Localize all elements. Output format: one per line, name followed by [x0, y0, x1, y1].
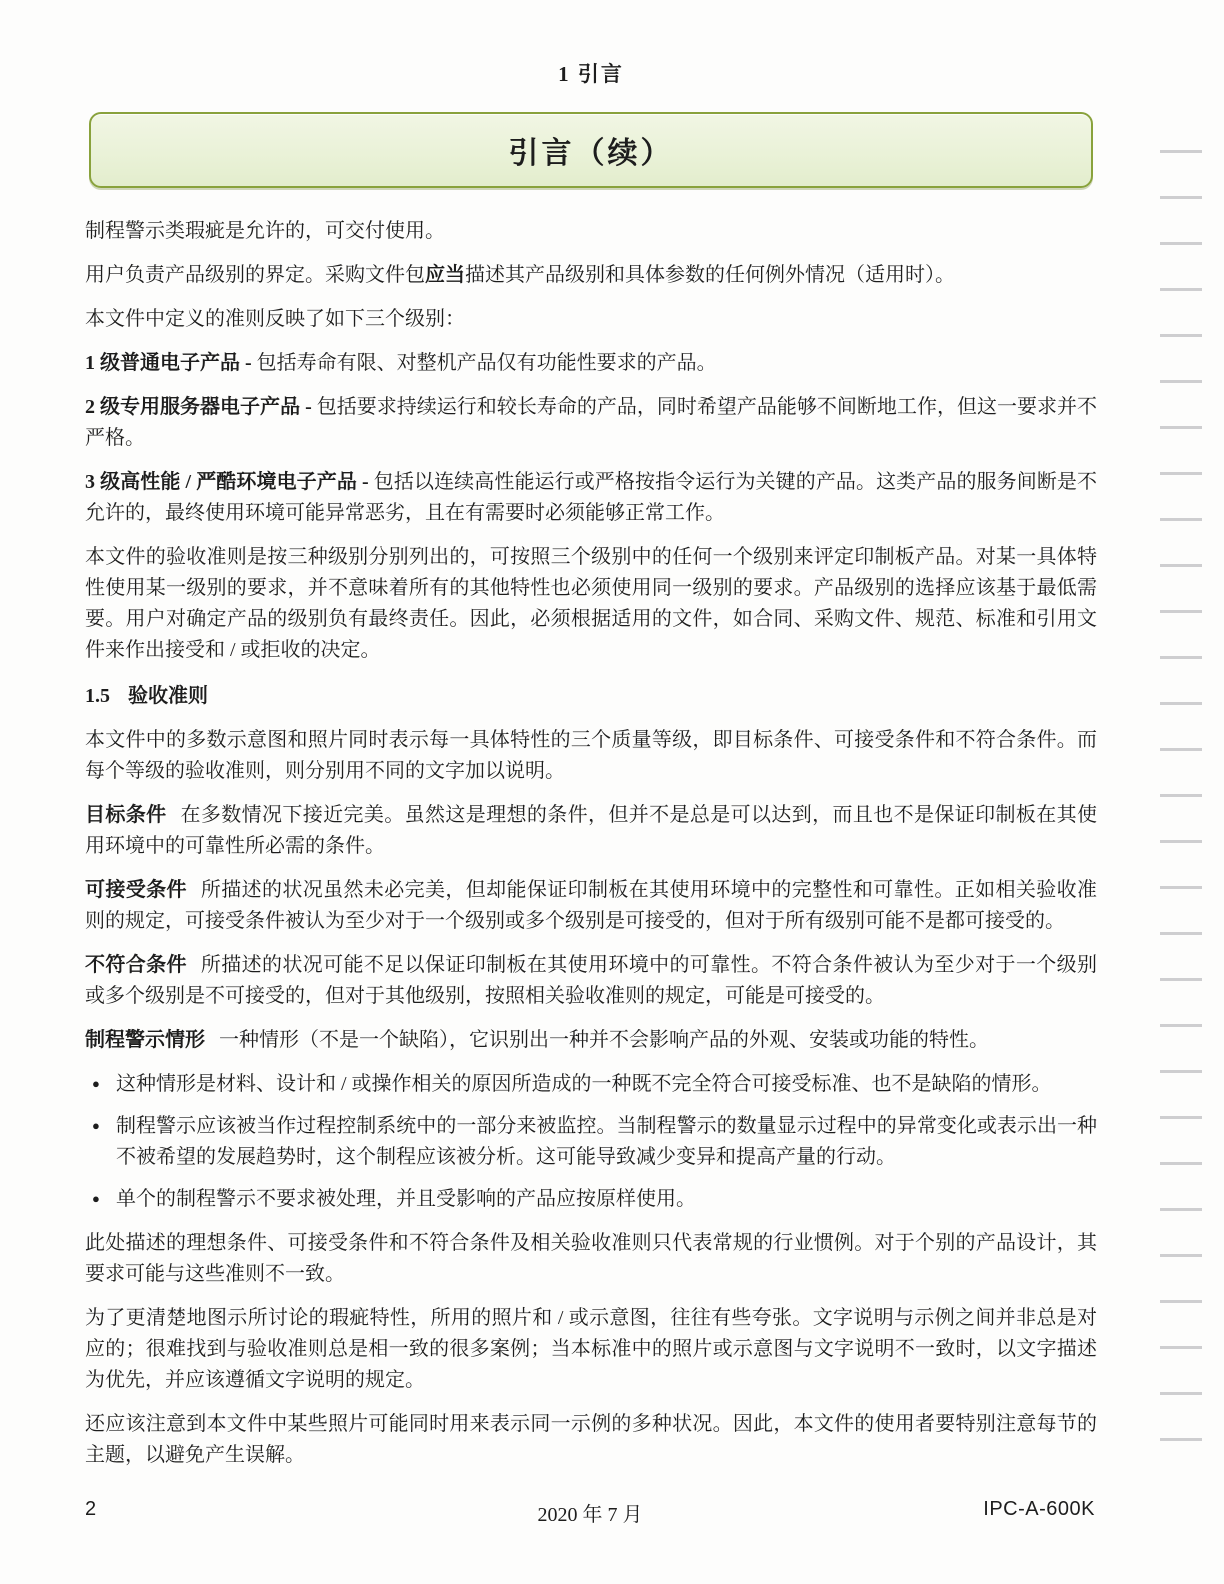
list-item: ●制程警示应该被当作过程控制系统中的一部分来被监控。当制程警示的数量显示过程中的…: [85, 1111, 1097, 1173]
bullet-text: 制程警示应该被当作过程控制系统中的一部分来被监控。当制程警示的数量显示过程中的异…: [116, 1115, 1097, 1168]
paragraph-photo-exaggeration: 为了更清楚地图示所讨论的瑕疵特性，所用的照片和 / 或示意图，往往有些夸张。文字…: [85, 1303, 1097, 1396]
class1-desc: 包括寿命有限、对整机产品仅有功能性要求的产品。: [252, 352, 717, 374]
nonconforming-condition-desc: 所描述的状况可能不足以保证印制板在其使用环境中的可靠性。不符合条件被认为至少对于…: [85, 954, 1097, 1007]
nonconforming-condition-term: 不符合条件: [85, 954, 187, 976]
document-body: 制程警示类瑕疵是允许的，可交付使用。 用户负责产品级别的界定。采购文件包应当描述…: [85, 216, 1097, 1471]
paragraph-photo-reuse-note: 还应该注意到本文件中某些照片可能同时用来表示同一示例的多种状况。因此，本文件的使…: [85, 1409, 1097, 1471]
bullet-icon: ●: [92, 1068, 100, 1099]
page-number: 2: [85, 1498, 96, 1521]
running-header: 1 引言: [85, 58, 1097, 88]
page-footer: 2 2020 年 7 月 IPC-A-600K: [85, 1498, 1095, 1528]
document-page: 1 引言 引言（续） 制程警示类瑕疵是允许的，可交付使用。 用户负责产品级别的界…: [0, 0, 1224, 1584]
paragraph-nonconforming-condition: 不符合条件所描述的状况可能不足以保证印制板在其使用环境中的可靠性。不符合条件被认…: [85, 950, 1097, 1012]
bullet-text: 单个的制程警示不要求被处理，并且受影响的产品应按原样使用。: [116, 1188, 696, 1210]
text-run: 描述其产品级别和具体参数的任何例外情况（适用时）。: [465, 264, 955, 286]
process-indicator-bullet-list: ●这种情形是材料、设计和 / 或操作相关的原因所造成的一种既不完全符合可接受标准…: [85, 1069, 1097, 1215]
class1-term: 1 级普通电子产品 -: [85, 352, 252, 374]
bullet-icon: ●: [92, 1183, 100, 1214]
paragraph-class1: 1 级普通电子产品 - 包括寿命有限、对整机产品仅有功能性要求的产品。: [85, 348, 1097, 379]
section-number: 1.5: [85, 685, 110, 707]
section-title: 验收准则: [128, 685, 208, 707]
paragraph-acceptance-criteria-levels: 本文件的验收准则是按三种级别分别列出的，可按照三个级别中的任何一个级别来评定印制…: [85, 542, 1097, 666]
paragraph-class2: 2 级专用服务器电子产品 - 包括要求持续运行和较长寿命的产品，同时希望产品能够…: [85, 392, 1097, 454]
footer-date: 2020 年 7 月: [538, 1498, 643, 1527]
acceptable-condition-term: 可接受条件: [85, 879, 187, 901]
paragraph-three-classes-intro: 本文件中定义的准则反映了如下三个级别：: [85, 304, 1097, 335]
text-run-bold: 应当: [425, 264, 465, 286]
process-indicator-term: 制程警示情形: [85, 1029, 205, 1051]
class2-term: 2 级专用服务器电子产品 -: [85, 396, 312, 418]
text-run: 用户负责产品级别的界定。采购文件包: [85, 264, 425, 286]
paragraph-process-indicator-allowed: 制程警示类瑕疵是允许的，可交付使用。: [85, 216, 1097, 247]
document-code: IPC-A-600K: [983, 1498, 1095, 1521]
list-item: ●单个的制程警示不要求被处理，并且受影响的产品应按原样使用。: [85, 1184, 1097, 1215]
paragraph-section-overview: 本文件中的多数示意图和照片同时表示每一具体特性的三个质量等级，即目标条件、可接受…: [85, 725, 1097, 787]
paragraph-user-responsibility: 用户负责产品级别的界定。采购文件包应当描述其产品级别和具体参数的任何例外情况（适…: [85, 260, 1097, 291]
paragraph-industry-practice: 此处描述的理想条件、可接受条件和不符合条件及相关验收准则只代表常规的行业惯例。对…: [85, 1228, 1097, 1290]
acceptable-condition-desc: 所描述的状况虽然未必完美，但却能保证印制板在其使用环境中的完整性和可靠性。正如相…: [85, 879, 1097, 932]
process-indicator-desc: 一种情形（不是一个缺陷），它识别出一种并不会影响产品的外观、安装或功能的特性。: [219, 1029, 989, 1051]
list-item: ●这种情形是材料、设计和 / 或操作相关的原因所造成的一种既不完全符合可接受标准…: [85, 1069, 1097, 1100]
banner-title: 引言（续）: [509, 128, 674, 172]
paragraph-process-indicator-definition: 制程警示情形一种情形（不是一个缺陷），它识别出一种并不会影响产品的外观、安装或功…: [85, 1025, 1097, 1056]
target-condition-desc: 在多数情况下接近完美。虽然这是理想的条件，但并不是总是可以达到，而且也不是保证印…: [85, 804, 1097, 857]
target-condition-term: 目标条件: [85, 804, 167, 826]
section-banner: 引言（续）: [89, 112, 1093, 188]
section-heading-1-5: 1.5验收准则: [85, 679, 1097, 708]
paragraph-target-condition: 目标条件在多数情况下接近完美。虽然这是理想的条件，但并不是总是可以达到，而且也不…: [85, 800, 1097, 862]
paragraph-class3: 3 级高性能 / 严酷环境电子产品 - 包括以连续高性能运行或严格按指令运行为关…: [85, 467, 1097, 529]
paragraph-acceptable-condition: 可接受条件所描述的状况虽然未必完美，但却能保证印制板在其使用环境中的完整性和可靠…: [85, 875, 1097, 937]
bullet-icon: ●: [92, 1110, 100, 1141]
scan-edge-marks: [1160, 150, 1202, 1450]
class3-term: 3 级高性能 / 严酷环境电子产品 -: [85, 471, 369, 493]
bullet-text: 这种情形是材料、设计和 / 或操作相关的原因所造成的一种既不完全符合可接受标准、…: [116, 1073, 1052, 1095]
